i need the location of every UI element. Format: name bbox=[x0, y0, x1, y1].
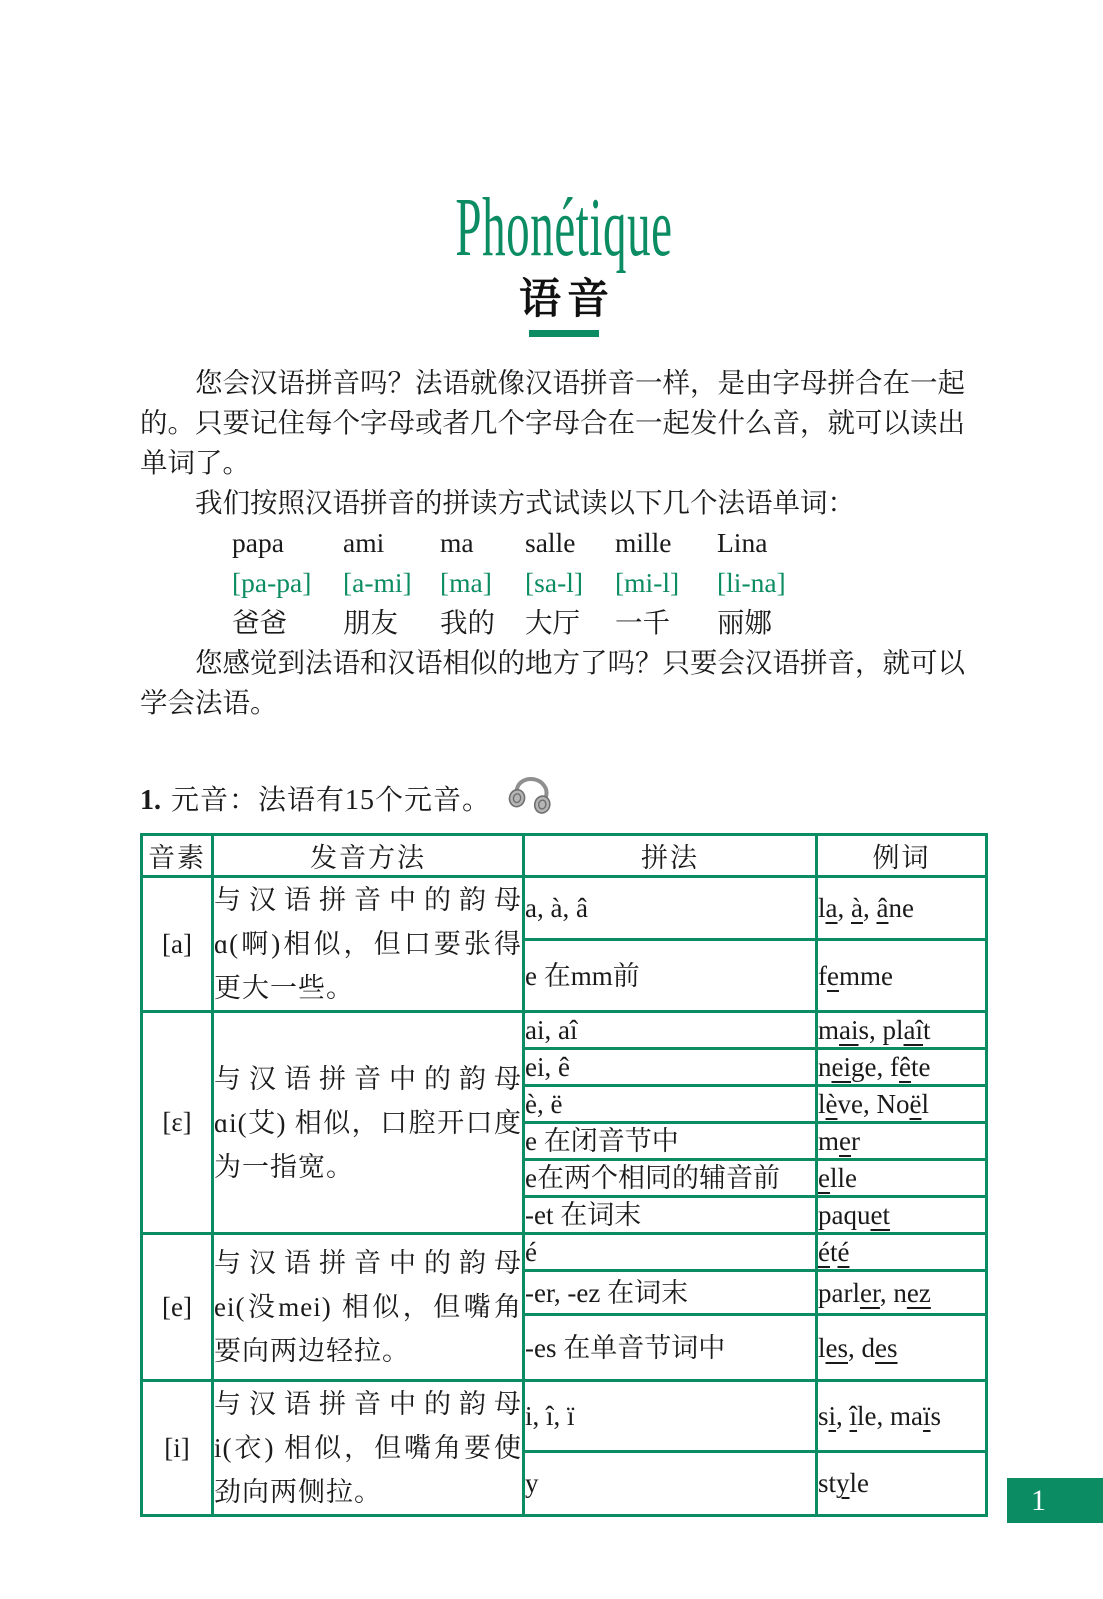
word-french: papa bbox=[232, 523, 343, 563]
col-header-spelling: 拼法 bbox=[524, 835, 817, 877]
table-row: [e] 与汉语拼音中的韵母ei(没mei) 相似，但嘴角要向两边轻拉。 é ét… bbox=[142, 1234, 987, 1271]
examples-cell: si, île, maïs bbox=[817, 1381, 987, 1452]
spelling-cell: -es 在单音节词中 bbox=[524, 1315, 817, 1381]
vowel-table: 音素 发音方法 拼法 例词 [a] 与汉语拼音中的韵母ɑ(啊)相似，但口要张得更… bbox=[140, 833, 988, 1517]
word-french: Lina bbox=[717, 523, 952, 563]
subtitle-block: 语音 bbox=[140, 276, 988, 337]
spelling-cell: é bbox=[524, 1234, 817, 1271]
intro-paragraph-1: 您会汉语拼音吗？法语就像汉语拼音一样，是由字母拼合在一起的。只要记住每个字母或者… bbox=[140, 363, 965, 483]
phoneme-cell: [e] bbox=[142, 1234, 213, 1381]
page-subtitle: 语音 bbox=[146, 276, 988, 324]
word-french: ma bbox=[440, 523, 525, 563]
word-french: mille bbox=[615, 523, 717, 563]
examples-cell: femme bbox=[817, 940, 987, 1012]
table-row: [a] 与汉语拼音中的韵母ɑ(啊)相似，但口要张得更大一些。 a, à, â l… bbox=[142, 877, 987, 940]
spelling-cell: è, ë bbox=[524, 1086, 817, 1123]
examples-cell: neige, fête bbox=[817, 1049, 987, 1086]
word-pronunciation: [mi-l] bbox=[615, 563, 717, 603]
table-row: [i] 与汉语拼音中的韵母i(衣) 相似，但嘴角要使劲向两侧拉。 i, î, ï… bbox=[142, 1381, 987, 1452]
spelling-cell: i, î, ï bbox=[524, 1381, 817, 1452]
examples-cell: parler, nez bbox=[817, 1271, 987, 1315]
word-pronunciation: [a-mi] bbox=[343, 563, 440, 603]
method-cell: 与汉语拼音中的韵母ɑ(啊)相似，但口要张得更大一些。 bbox=[213, 877, 524, 1012]
phoneme-cell: [a] bbox=[142, 877, 213, 1012]
col-header-method: 发音方法 bbox=[213, 835, 524, 877]
examples-cell: lève, Noël bbox=[817, 1086, 987, 1123]
examples-cell: les, des bbox=[817, 1315, 987, 1381]
spelling-cell: a, à, â bbox=[524, 877, 817, 940]
examples-cell: mais, plaît bbox=[817, 1012, 987, 1049]
section-heading: 1. 元音：法语有15个元音。 bbox=[140, 775, 988, 821]
word-chinese: 一千 bbox=[615, 603, 717, 643]
method-cell: 与汉语拼音中的韵母ei(没mei) 相似，但嘴角要向两边轻拉。 bbox=[213, 1234, 524, 1381]
example-words-table: papa ami ma salle mille Lina [pa-pa] [a-… bbox=[232, 523, 952, 643]
spelling-cell: -et 在词末 bbox=[524, 1197, 817, 1234]
page-number: 1 bbox=[1031, 1484, 1046, 1518]
table-row: [ɛ] 与汉语拼音中的韵母ɑi(艾) 相似，口腔开口度为一指宽。 ai, aî … bbox=[142, 1012, 987, 1049]
word-chinese: 丽娜 bbox=[717, 603, 952, 643]
phoneme-cell: [i] bbox=[142, 1381, 213, 1516]
spelling-cell: -er, -ez 在词末 bbox=[524, 1271, 817, 1315]
examples-cell: style bbox=[817, 1451, 987, 1515]
page-number-badge: 1 bbox=[1007, 1478, 1103, 1523]
method-cell: 与汉语拼音中的韵母i(衣) 相似，但嘴角要使劲向两侧拉。 bbox=[213, 1381, 524, 1516]
spelling-cell: e 在mm前 bbox=[524, 940, 817, 1012]
word-chinese: 朋友 bbox=[343, 603, 440, 643]
table-header-row: 音素 发音方法 拼法 例词 bbox=[142, 835, 987, 877]
subtitle-underline bbox=[529, 330, 599, 337]
spelling-cell: y bbox=[524, 1451, 817, 1515]
textbook-page: Phonétique 语音 您会汉语拼音吗？法语就像汉语拼音一样，是由字母拼合在… bbox=[0, 0, 1103, 1599]
phoneme-cell: [ɛ] bbox=[142, 1012, 213, 1234]
col-header-examples: 例词 bbox=[817, 835, 987, 877]
word-french: ami bbox=[343, 523, 440, 563]
word-french: salle bbox=[525, 523, 615, 563]
examples-cell: paquet bbox=[817, 1197, 987, 1234]
section-number: 1. bbox=[140, 781, 161, 821]
word-pronunciation: [ma] bbox=[440, 563, 525, 603]
headphones-icon bbox=[507, 775, 555, 827]
word-pronunciation: [sa-l] bbox=[525, 563, 615, 603]
title-block: Phonétique bbox=[140, 0, 988, 270]
word-chinese: 大厅 bbox=[525, 603, 615, 643]
spelling-cell: e在两个相同的辅音前 bbox=[524, 1160, 817, 1197]
word-pronunciation: [pa-pa] bbox=[232, 563, 343, 603]
examples-cell: elle bbox=[817, 1160, 987, 1197]
word-pronunciation: [li-na] bbox=[717, 563, 952, 603]
examples-cell: été bbox=[817, 1234, 987, 1271]
word-chinese: 爸爸 bbox=[232, 603, 343, 643]
examples-cell: mer bbox=[817, 1123, 987, 1160]
spelling-cell: e 在闭音节中 bbox=[524, 1123, 817, 1160]
word-chinese: 我的 bbox=[440, 603, 525, 643]
spelling-cell: ei, ê bbox=[524, 1049, 817, 1086]
intro-paragraph-2: 我们按照汉语拼音的拼读方式试读以下几个法语单词： bbox=[140, 483, 965, 523]
method-cell: 与汉语拼音中的韵母ɑi(艾) 相似，口腔开口度为一指宽。 bbox=[213, 1012, 524, 1234]
intro-paragraph-3: 您感觉到法语和汉语相似的地方了吗？只要会汉语拼音，就可以学会法语。 bbox=[140, 643, 965, 723]
col-header-phoneme: 音素 bbox=[142, 835, 213, 877]
examples-cell: la, à, âne bbox=[817, 877, 987, 940]
section-title: 元音：法语有15个元音。 bbox=[171, 781, 491, 821]
page-title: Phonétique bbox=[455, 186, 672, 270]
spelling-cell: ai, aî bbox=[524, 1012, 817, 1049]
